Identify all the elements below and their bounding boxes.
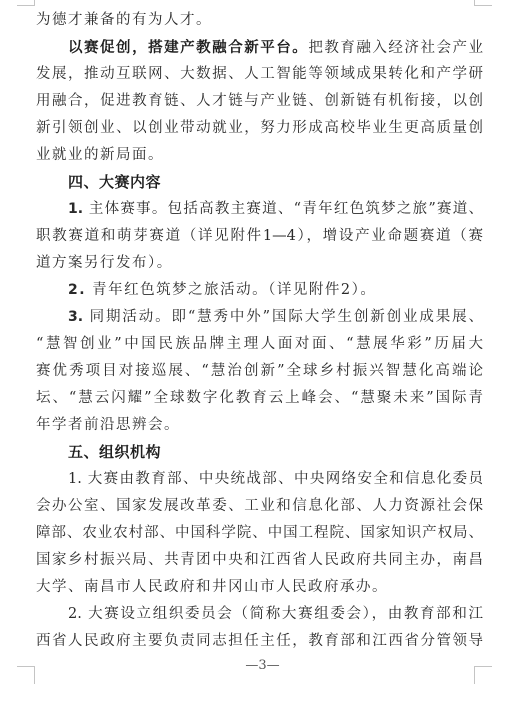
paragraph-line: 西省人民政府主要负责同志担任主任，教育部和江西省分管领导	[36, 628, 483, 655]
paragraph-line: “慧智创业”中国民族品牌主理人面对面、“慧展华彩”历届大	[36, 331, 483, 358]
crop-mark-top-right-h	[474, 5, 492, 6]
paragraph-line: 坛、“慧云闪耀”全球数字化教育云上峰会、“慧聚未来”国际青	[36, 385, 483, 412]
item-text: 青年红色筑梦之旅活动。（详见附件2）。	[92, 282, 376, 298]
list-item-line: 1. 主体赛事。包括高教主赛道、“青年红色筑梦之旅”赛道、	[36, 196, 483, 223]
page-number: —3—	[0, 658, 525, 673]
paragraph-line: 为德才兼备的有为人才。	[36, 7, 483, 34]
paragraph-lead: 以赛促创，搭建产教融合新平台。	[68, 39, 308, 56]
paragraph-line: 障部、农业农村部、中国科学院、中国工程院、国家知识产权局、	[36, 520, 483, 547]
item-text: 同期活动。即“慧秀中外”国际大学生创新创业成果展、	[90, 309, 483, 325]
paragraph-line: 以赛促创，搭建产教融合新平台。把教育融入经济社会产业	[36, 34, 483, 61]
paragraph-line: 职教赛道和萌芽赛道（详见附件1—4），增设产业命题赛道（赛	[36, 223, 483, 250]
paragraph-line: 国家乡村振兴局、共青团中央和江西省人民政府共同主办，南昌	[36, 547, 483, 574]
paragraph-line: 会办公室、国家发展改革委、工业和信息化部、人力资源社会保	[36, 493, 483, 520]
paragraph-text: 把教育融入经济社会产业	[308, 40, 483, 56]
paragraph-line: 业就业的新局面。	[36, 142, 483, 169]
list-item-line: 2. 青年红色筑梦之旅活动。（详见附件2）。	[36, 277, 483, 304]
paragraph-line: 用融合，促进教育链、人才链与产业链、创新链有机衔接，以创	[36, 88, 483, 115]
paragraph-line: 道方案另行发布）。	[36, 250, 483, 277]
list-item-line: 3. 同期活动。即“慧秀中外”国际大学生创新创业成果展、	[36, 304, 483, 331]
paragraph-line: 赛优秀项目对接巡展、“慧治创新”全球乡村振兴智慧化高端论	[36, 358, 483, 385]
crop-mark-top-left-h	[17, 5, 35, 6]
item-number: 3.	[68, 309, 83, 325]
paragraph-line: 年学者前沿思辨会。	[36, 412, 483, 439]
item-text: 主体赛事。包括高教主赛道、“青年红色筑梦之旅”赛道、	[89, 201, 483, 217]
section-heading-organization: 五、组织机构	[36, 439, 483, 466]
paragraph-line: 新引领创业、以创业带动就业，努力形成高校毕业生更高质量创	[36, 115, 483, 142]
item-number: 1.	[68, 201, 83, 217]
paragraph-line: 发展，推动互联网、大数据、人工智能等领域成果转化和产学研	[36, 61, 483, 88]
item-number: 2.	[68, 282, 86, 298]
document-body: 为德才兼备的有为人才。 以赛促创，搭建产教融合新平台。把教育融入经济社会产业 发…	[36, 7, 483, 655]
section-heading-contest-content: 四、大赛内容	[36, 169, 483, 196]
list-item-line: 1. 大赛由教育部、中央统战部、中央网络安全和信息化委员	[36, 466, 483, 493]
document-page: 为德才兼备的有为人才。 以赛促创，搭建产教融合新平台。把教育融入经济社会产业 发…	[0, 0, 525, 705]
paragraph-line: 大学、南昌市人民政府和井冈山市人民政府承办。	[36, 574, 483, 601]
list-item-line: 2. 大赛设立组织委员会（简称大赛组委会），由教育部和江	[36, 601, 483, 628]
